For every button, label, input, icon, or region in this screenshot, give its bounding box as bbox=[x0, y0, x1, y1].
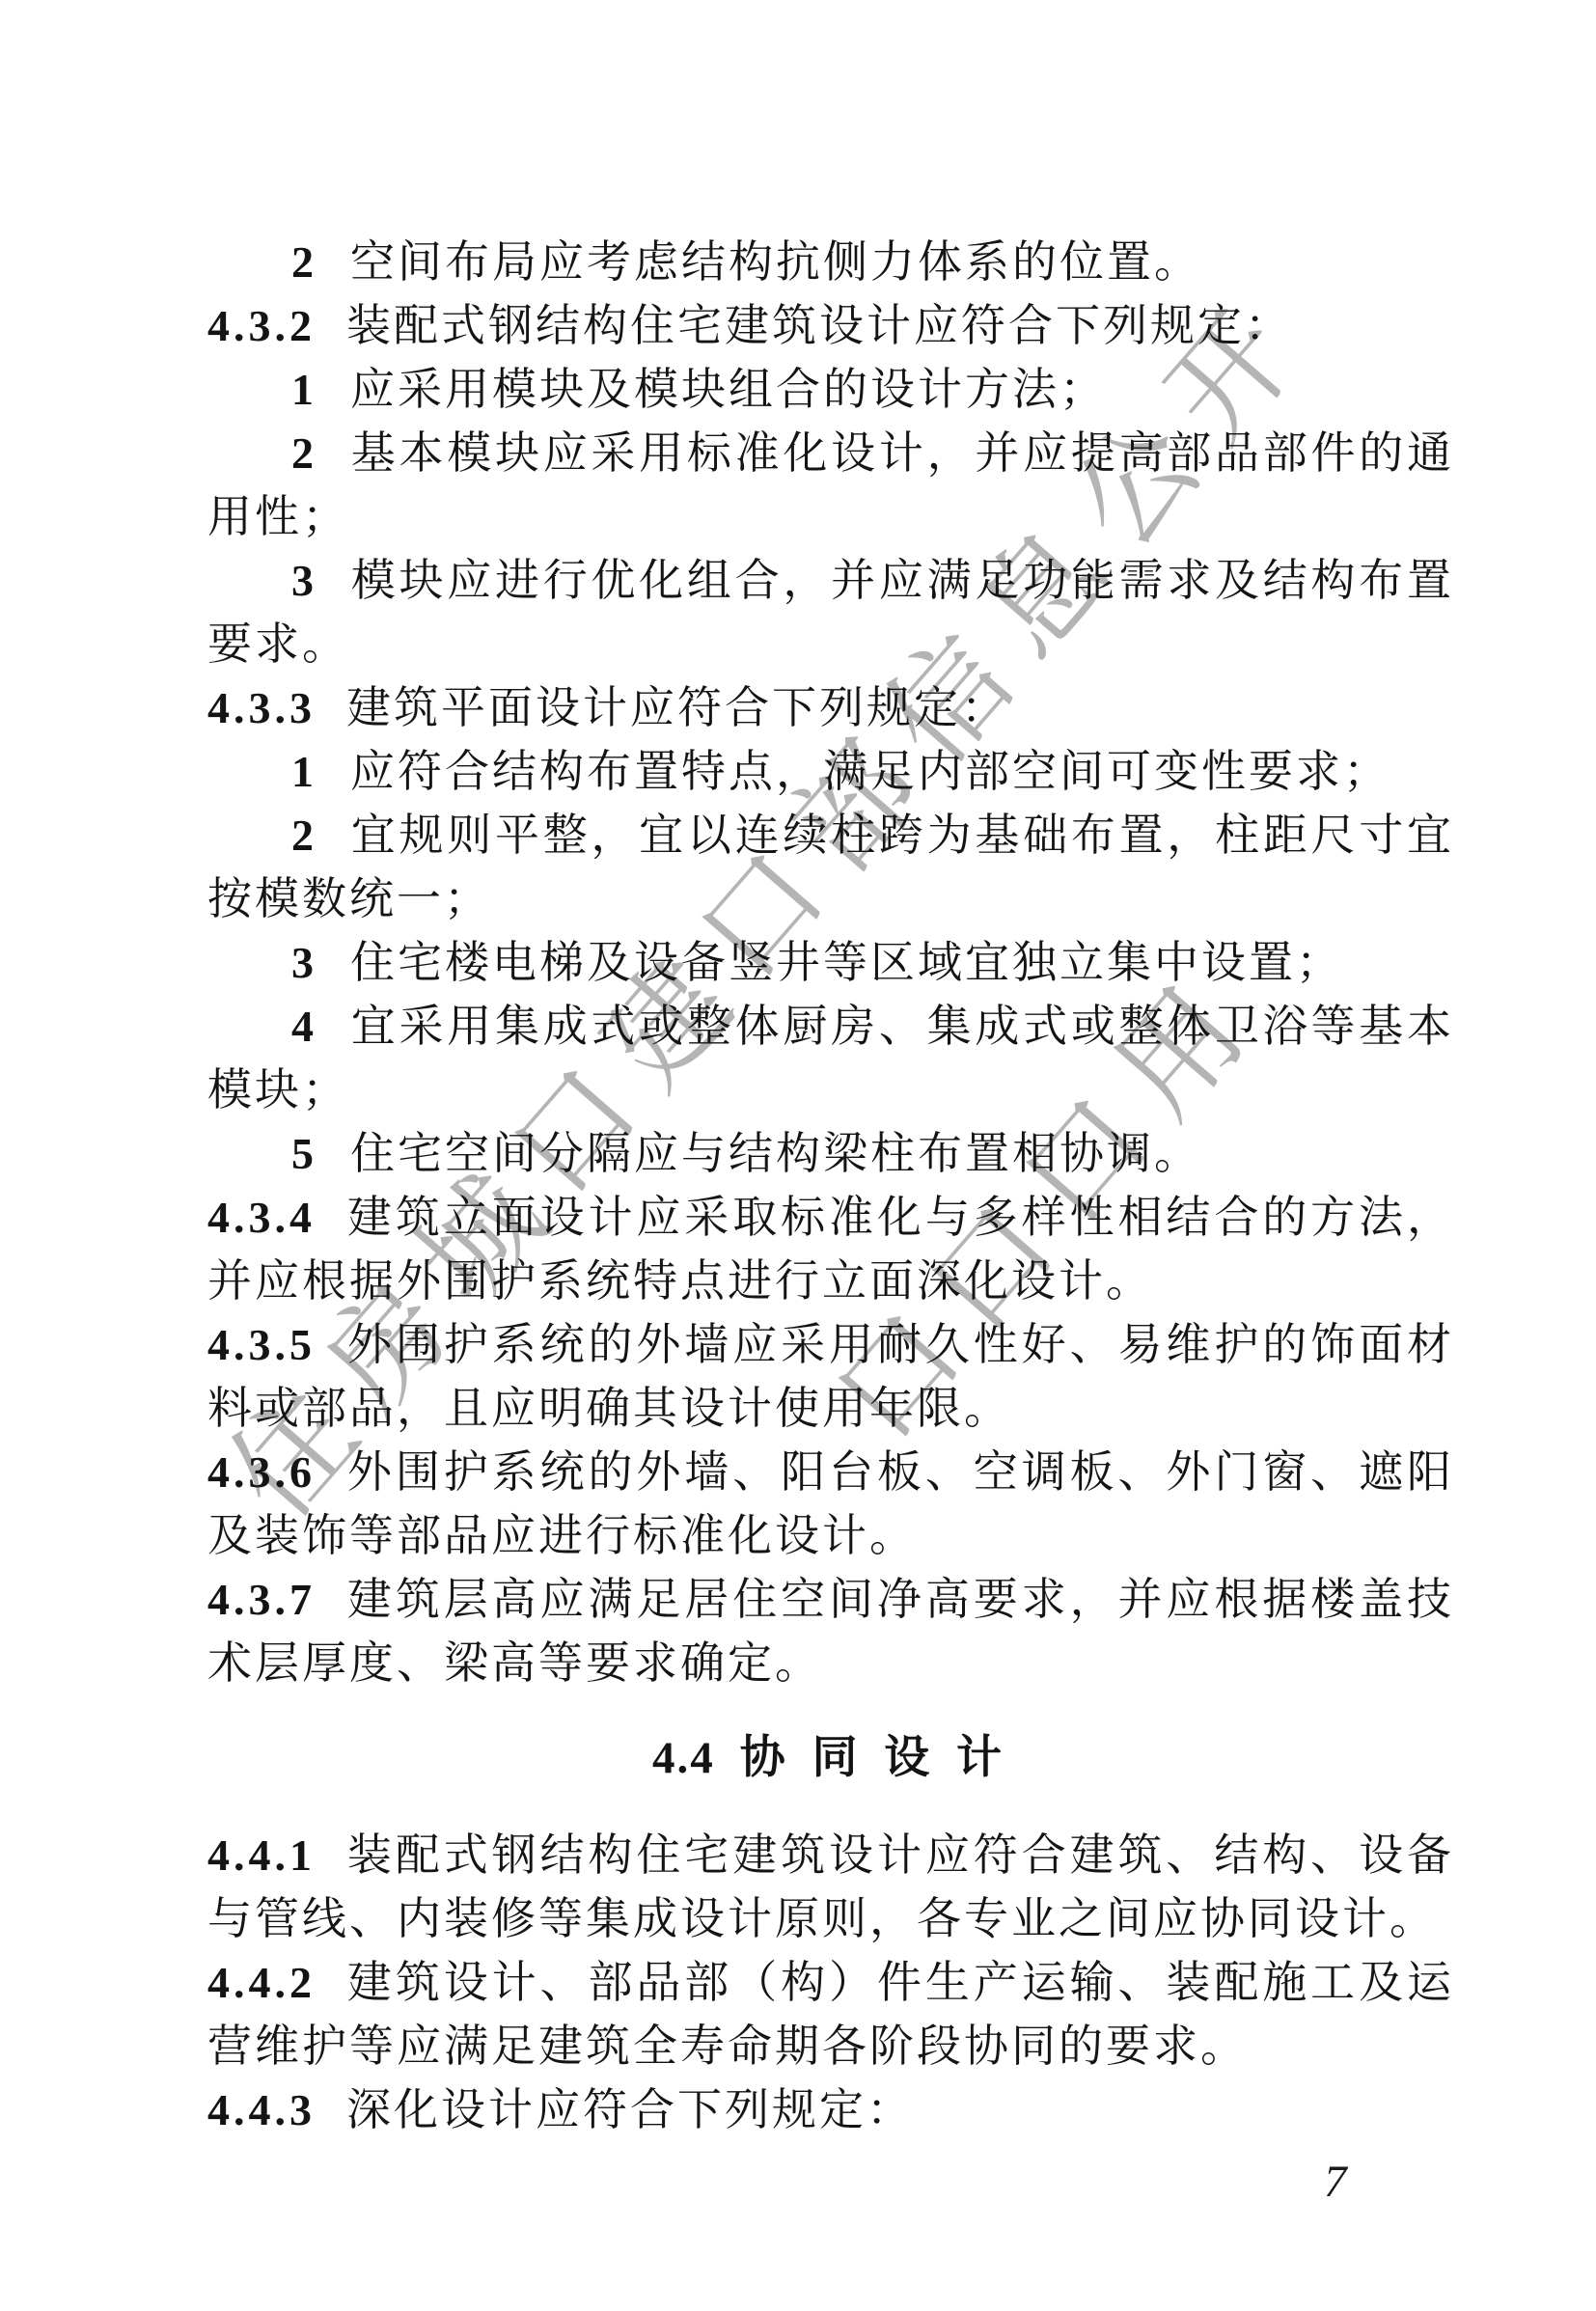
clause-number: 4.3.3 bbox=[207, 683, 316, 732]
clause-paragraph: 4.4.1装配式钢结构住宅建筑设计应符合建筑、结构、设备与管线、内装修等集成设计… bbox=[207, 1824, 1454, 1951]
clause-paragraph: 4.3.2装配式钢结构住宅建筑设计应符合下列规定： bbox=[207, 294, 1454, 358]
clause-text: 外围护系统的外墙、阳台板、空调板、外门窗、遮阳及装饰等部品应进行标准化设计。 bbox=[207, 1447, 1454, 1560]
clause-number: 5 bbox=[291, 1129, 317, 1178]
clause-number: 2 bbox=[291, 428, 317, 478]
clause-text: 建筑层高应满足居住空间净高要求，并应根据楼盖技术层厚度、梁高等要求确定。 bbox=[207, 1575, 1454, 1688]
clause-item: 2空间布局应考虑结构抗侧力体系的位置。 bbox=[207, 231, 1454, 294]
clause-number: 4.3.7 bbox=[207, 1575, 316, 1624]
clause-item: 1应符合结构布置特点，满足内部空间可变性要求； bbox=[207, 740, 1454, 804]
clause-number: 1 bbox=[291, 747, 317, 796]
clause-item: 1应采用模块及模块组合的设计方法； bbox=[207, 358, 1454, 422]
clause-number: 4.4.2 bbox=[207, 1958, 316, 2007]
clause-text: 住宅楼电梯及设备竖井等区域宜独立集中设置； bbox=[350, 938, 1343, 987]
clause-item: 5住宅空间分隔应与结构梁柱布置相协调。 bbox=[207, 1122, 1454, 1186]
clause-number: 4.4.3 bbox=[207, 2085, 316, 2134]
clause-text: 建筑立面设计应采取标准化与多样性相结合的方法，并应根据外围护系统特点进行立面深化… bbox=[207, 1193, 1454, 1306]
document-page: 住房城口建口部信息公开 口口口用 2空间布局应考虑结构抗侧力体系的位置。4.3.… bbox=[0, 0, 1596, 2311]
clause-text: 宜采用集成式或整体厨房、集成式或整体卫浴等基本模块； bbox=[207, 1002, 1454, 1114]
clause-text: 应采用模块及模块组合的设计方法； bbox=[350, 365, 1107, 414]
clause-number: 4.3.2 bbox=[207, 301, 316, 350]
clause-paragraph: 4.3.7建筑层高应满足居住空间净高要求，并应根据楼盖技术层厚度、梁高等要求确定… bbox=[207, 1568, 1454, 1695]
clause-text: 装配式钢结构住宅建筑设计应符合建筑、结构、设备与管线、内装修等集成设计原则，各专… bbox=[207, 1830, 1454, 1943]
clause-item: 3住宅楼电梯及设备竖井等区域宜独立集中设置； bbox=[207, 931, 1454, 995]
clause-item: 2宜规则平整，宜以连续柱跨为基础布置，柱距尺寸宜按模数统一； bbox=[207, 804, 1454, 931]
section-heading: 4.4协 同 设 计 bbox=[207, 1726, 1454, 1790]
clause-text: 模块应进行优化组合，并应满足功能需求及结构布置要求。 bbox=[207, 556, 1454, 669]
clause-text: 应符合结构布置特点，满足内部空间可变性要求； bbox=[350, 747, 1390, 796]
clause-number: 3 bbox=[291, 938, 317, 987]
clause-text: 外围护系统的外墙应采用耐久性好、易维护的饰面材料或部品，且应明确其设计使用年限。 bbox=[207, 1320, 1454, 1433]
clause-paragraph: 4.3.4建筑立面设计应采取标准化与多样性相结合的方法，并应根据外围护系统特点进… bbox=[207, 1186, 1454, 1313]
clause-text: 基本模块应采用标准化设计，并应提高部品部件的通用性； bbox=[207, 428, 1454, 541]
clause-text: 深化设计应符合下列规定： bbox=[346, 2085, 914, 2134]
clause-paragraph: 4.4.2建筑设计、部品部（构）件生产运输、装配施工及运营维护等应满足建筑全寿命… bbox=[207, 1951, 1454, 2078]
clause-paragraph: 4.3.6外围护系统的外墙、阳台板、空调板、外门窗、遮阳及装饰等部品应进行标准化… bbox=[207, 1441, 1454, 1568]
clause-number: 2 bbox=[291, 811, 317, 860]
document-body: 2空间布局应考虑结构抗侧力体系的位置。4.3.2装配式钢结构住宅建筑设计应符合下… bbox=[207, 231, 1454, 2142]
clause-paragraph: 4.4.3深化设计应符合下列规定： bbox=[207, 2078, 1454, 2142]
clause-number: 4.3.5 bbox=[207, 1320, 316, 1369]
clause-item: 4宜采用集成式或整体厨房、集成式或整体卫浴等基本模块； bbox=[207, 995, 1454, 1122]
clause-number: 4 bbox=[291, 1002, 317, 1051]
clause-number: 4.3.4 bbox=[207, 1193, 316, 1242]
clause-text: 建筑平面设计应符合下列规定： bbox=[346, 683, 1008, 732]
clause-number: 4.4.1 bbox=[207, 1830, 316, 1880]
clause-item: 2基本模块应采用标准化设计，并应提高部品部件的通用性； bbox=[207, 422, 1454, 549]
section-heading-number: 4.4 bbox=[652, 1733, 715, 1783]
clause-number: 2 bbox=[291, 237, 317, 287]
clause-item: 3模块应进行优化组合，并应满足功能需求及结构布置要求。 bbox=[207, 549, 1454, 676]
clause-text: 宜规则平整，宜以连续柱跨为基础布置，柱距尺寸宜按模数统一； bbox=[207, 811, 1454, 923]
clause-text: 建筑设计、部品部（构）件生产运输、装配施工及运营维护等应满足建筑全寿命期各阶段协… bbox=[207, 1958, 1454, 2071]
section-heading-title: 协 同 设 计 bbox=[740, 1733, 1009, 1783]
clause-text: 装配式钢结构住宅建筑设计应符合下列规定： bbox=[346, 301, 1292, 350]
clause-paragraph: 4.3.3建筑平面设计应符合下列规定： bbox=[207, 676, 1454, 740]
clause-paragraph: 4.3.5外围护系统的外墙应采用耐久性好、易维护的饰面材料或部品，且应明确其设计… bbox=[207, 1313, 1454, 1441]
clause-number: 4.3.6 bbox=[207, 1447, 316, 1497]
clause-number: 3 bbox=[291, 556, 317, 605]
page-number: 7 bbox=[1324, 2158, 1347, 2206]
clause-text: 空间布局应考虑结构抗侧力体系的位置。 bbox=[350, 237, 1201, 287]
clause-text: 住宅空间分隔应与结构梁柱布置相协调。 bbox=[350, 1129, 1201, 1178]
clause-number: 1 bbox=[291, 365, 317, 414]
